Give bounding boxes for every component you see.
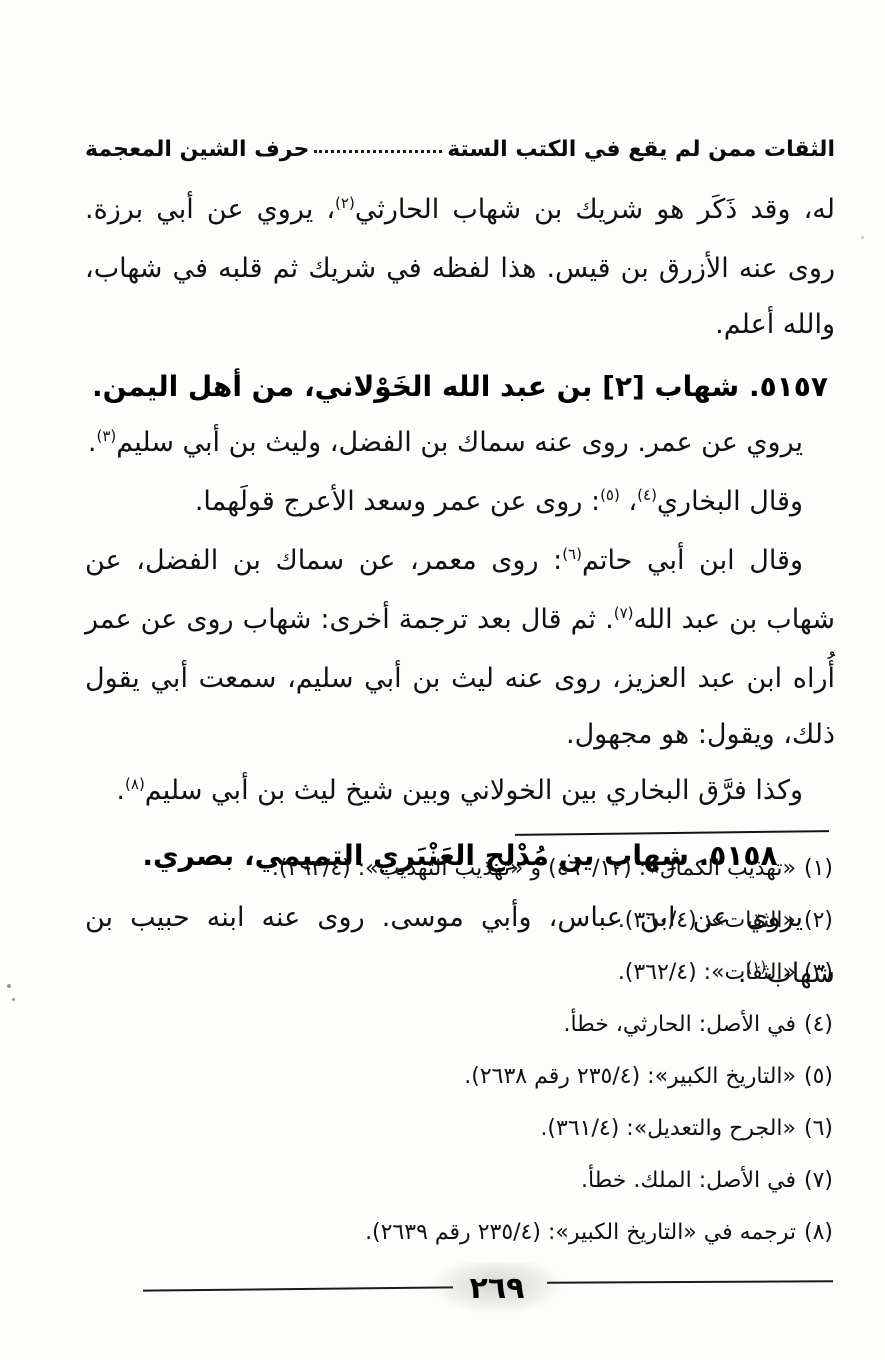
- text-run: .: [116, 775, 125, 806]
- text-run: وقال ابن أبي حاتم: [582, 545, 803, 576]
- text-run: ،: [620, 486, 637, 517]
- text-run: له، وقد ذَكَر هو شريك بن شهاب الحارثي: [355, 194, 835, 225]
- paragraph: وقال ابن أبي حاتم(٦): روى معمر، عن سماك …: [85, 533, 835, 763]
- footnote-marker: (٤): [804, 1012, 833, 1037]
- paragraph-continuation: له، وقد ذَكَر هو شريك بن شهاب الحارثي(٢)…: [85, 182, 835, 353]
- footnote-text: «الثقات»: (٣٦٢/٤).: [618, 960, 796, 985]
- text-run: وكذا فرَّق البخاري بين الخولاني وبين شيخ…: [145, 775, 803, 806]
- scan-speck: [12, 998, 15, 1001]
- footer-rule-right: [547, 1280, 833, 1283]
- footnote-marker: (٧): [804, 1168, 833, 1193]
- text-run: وقال البخاري: [657, 486, 803, 517]
- footnote-item: (٥)«التاريخ الكبير»: (٢٣٥/٤ رقم ٢٦٣٨).: [85, 1051, 833, 1103]
- footnote-marker: (٣): [804, 960, 833, 985]
- text-run: ٥١٥٧. شهاب [٢] بن عبد الله الخَوْلاني، م…: [92, 370, 828, 403]
- footnote-text: «الثقات»: (٣٦٠/٤).: [618, 908, 796, 933]
- footnotes-section: (١)«تهذيب الكمال»: (٤٦٠/١٢) و «تهذيب الت…: [85, 832, 833, 1259]
- footnote-marker: (٢): [804, 908, 833, 933]
- dotted-leader: [314, 149, 442, 153]
- footnote-text: في الأصل: الحارثي، خطأ.: [563, 1012, 796, 1037]
- footnote-text: «التاريخ الكبير»: (٢٣٥/٤ رقم ٢٦٣٨).: [464, 1064, 796, 1089]
- page-number-box: ٢٦٩: [445, 1266, 549, 1312]
- scan-speck: [7, 984, 11, 988]
- footnote-item: (٣)«الثقات»: (٣٦٢/٤).: [85, 947, 833, 999]
- footnote-ref: (٥): [600, 486, 620, 504]
- scanned-book-page: الثقات ممن لم يقع في الكتب الستة حرف الش…: [0, 0, 885, 1360]
- footnote-ref: (٤): [637, 486, 657, 504]
- book-title: الثقات ممن لم يقع في الكتب الستة: [447, 137, 835, 162]
- paragraph: يروي عن عمر. روى عنه سماك بن الفضل، وليث…: [85, 415, 835, 474]
- footnote-item: (١)«تهذيب الكمال»: (٤٦٠/١٢) و «تهذيب الت…: [85, 843, 833, 895]
- page-number: ٢٦٩: [445, 1266, 549, 1312]
- paragraph: وكذا فرَّق البخاري بين الخولاني وبين شيخ…: [85, 763, 835, 822]
- entry-heading-5157: ٥١٥٧. شهاب [٢] بن عبد الله الخَوْلاني، م…: [85, 359, 835, 415]
- footnote-ref: (٨): [125, 775, 145, 793]
- footnote-item: (٤)في الأصل: الحارثي، خطأ.: [85, 999, 833, 1051]
- footnote-marker: (١): [804, 856, 833, 881]
- page-footer: ٢٦٩: [85, 1266, 835, 1318]
- footnote-ref: (٣): [96, 427, 116, 445]
- footnote-ref: (٦): [562, 545, 582, 563]
- footnote-text: في الأصل: الملك. خطأ.: [581, 1168, 796, 1193]
- footnote-ref: (٧): [614, 604, 634, 622]
- text-run: : روى عن عمر وسعد الأعرج قولَهما.: [195, 486, 600, 517]
- text-run: يروي عن عمر. روى عنه سماك بن الفضل، وليث…: [116, 427, 803, 458]
- footnote-item: (٦)«الجرح والتعديل»: (٣٦١/٤).: [85, 1103, 833, 1155]
- footnote-marker: (٨): [804, 1220, 833, 1245]
- footnote-text: «الجرح والتعديل»: (٣٦١/٤).: [540, 1116, 796, 1141]
- chapter-title: حرف الشين المعجمة: [85, 137, 309, 162]
- footnote-ref: (٢): [335, 194, 355, 212]
- footnote-list: (١)«تهذيب الكمال»: (٤٦٠/١٢) و «تهذيب الت…: [85, 843, 833, 1259]
- footnote-marker: (٥): [804, 1064, 833, 1089]
- footnote-item: (٨)ترجمه في «التاريخ الكبير»: (٢٣٥/٤ رقم…: [85, 1207, 833, 1259]
- footer-rule-left: [143, 1286, 453, 1291]
- footnote-item: (٢)«الثقات»: (٣٦٠/٤).: [85, 895, 833, 947]
- footnote-item: (٧)في الأصل: الملك. خطأ.: [85, 1155, 833, 1207]
- footnote-text: ترجمه في «التاريخ الكبير»: (٢٣٥/٤ رقم ٢٦…: [365, 1220, 796, 1245]
- footnote-text: «تهذيب الكمال»: (٤٦٠/١٢) و «تهذيب التهذي…: [272, 856, 796, 881]
- scan-speck: [861, 236, 864, 239]
- footnote-marker: (٦): [804, 1116, 833, 1141]
- running-header: الثقات ممن لم يقع في الكتب الستة حرف الش…: [85, 118, 835, 162]
- paragraph: وقال البخاري(٤)، (٥): روى عن عمر وسعد ال…: [85, 474, 835, 533]
